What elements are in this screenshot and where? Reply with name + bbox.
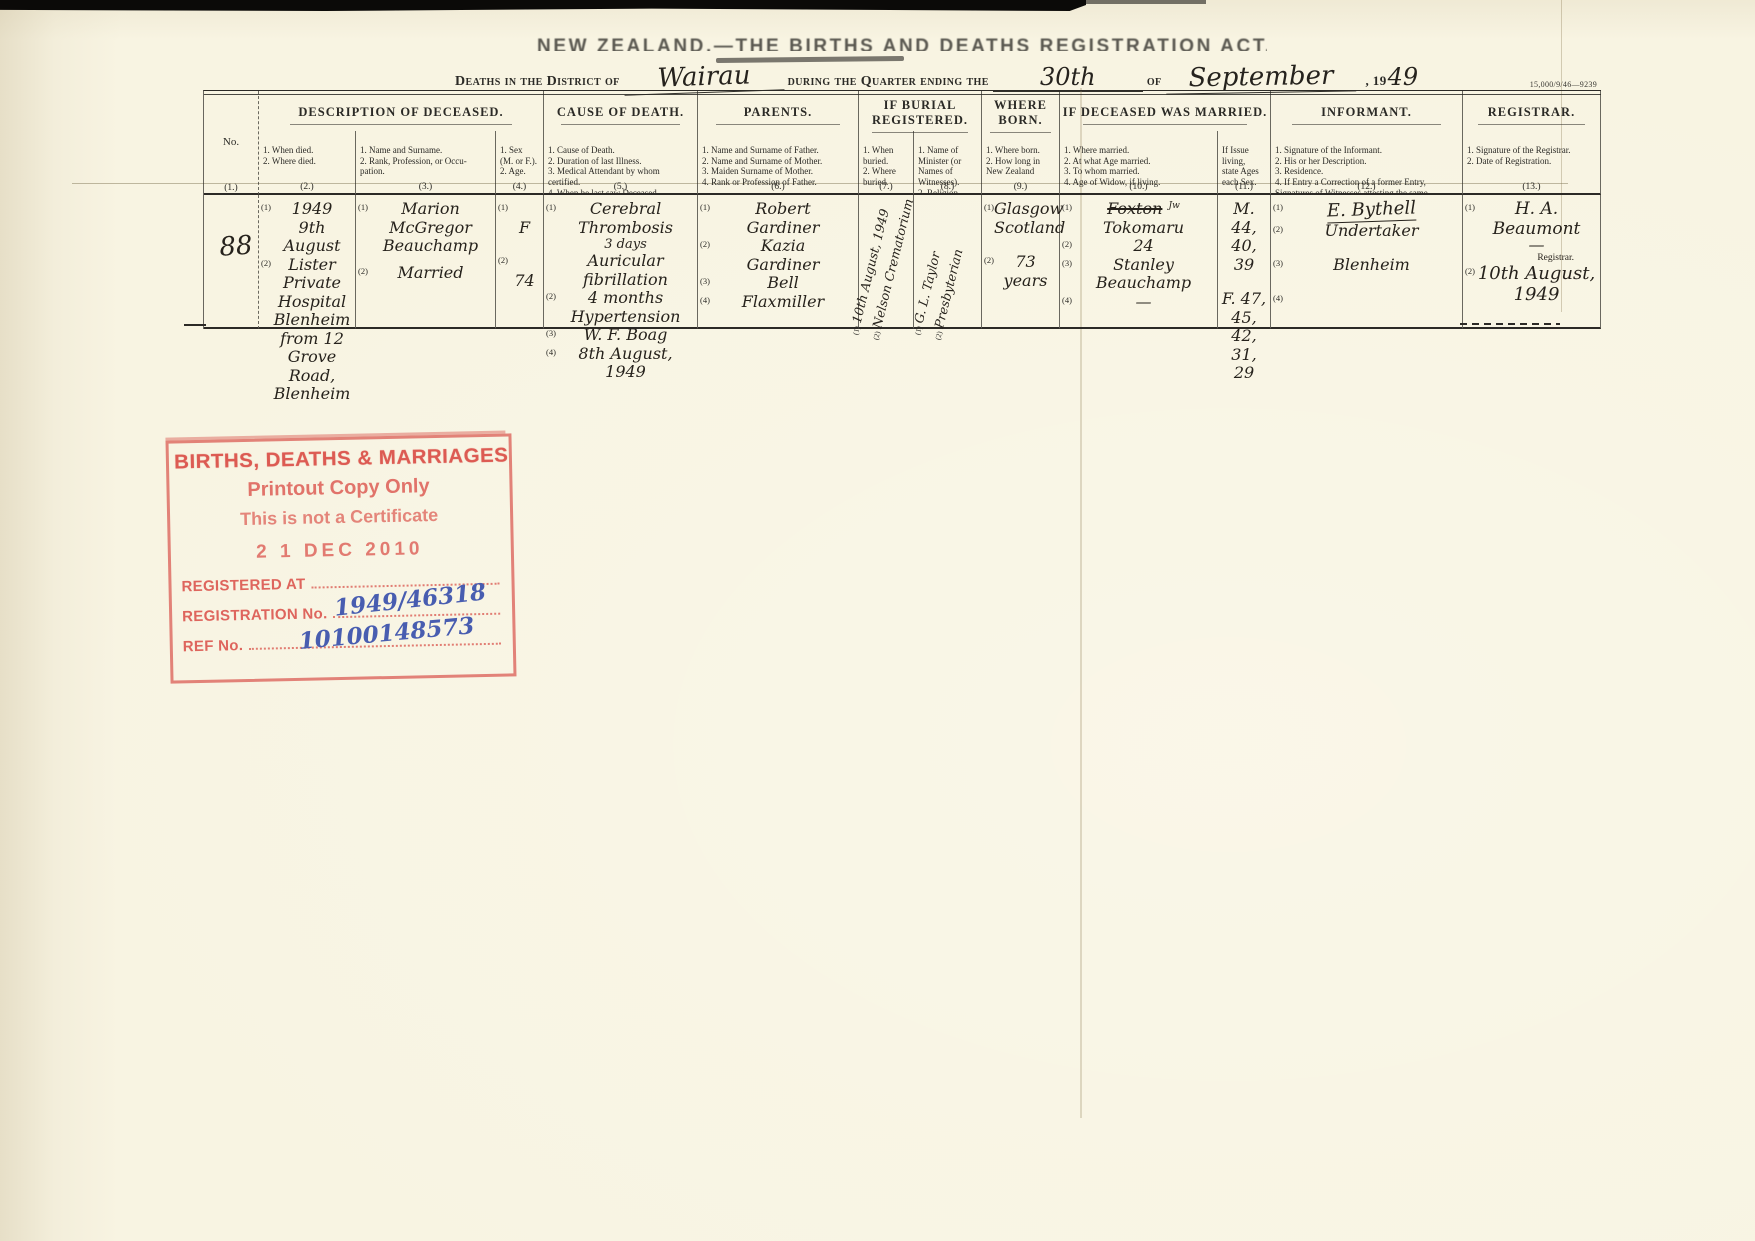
informant-cell: (1)E. Bythell(2)Undertaker(3)Blenheim(4) bbox=[1271, 195, 1463, 329]
burial-cell: (1)10th August, 1949(2)Nelson Crematoriu… bbox=[859, 195, 914, 329]
married-entry: Tokomaru(2)24(3)StanleyBeauchamp(4)— bbox=[1060, 219, 1217, 312]
year-printed: , 19 bbox=[1366, 73, 1387, 89]
group-registrar: REGISTRAR. bbox=[1463, 91, 1601, 131]
of-label: of bbox=[1147, 74, 1162, 90]
minister-entry-rotated: (1)G. L. Taylor(2)Presbyterian bbox=[908, 179, 986, 342]
parents-cell: (1)RobertGardiner(2)KaziaGardiner(3)Bell… bbox=[698, 195, 859, 329]
bdm-office-stamp: BIRTHS, DEATHS & MARRIAGES Printout Copy… bbox=[165, 433, 516, 683]
header-issue-living: If Issue living, state Ages each Sex. (1… bbox=[1218, 131, 1271, 195]
form-print-code: 15,000/9/46—9239 bbox=[1462, 80, 1597, 89]
entry-number: 88 bbox=[203, 230, 259, 264]
where-born-cell: (1)GlasgowScotland(2)73years bbox=[982, 195, 1060, 329]
col-num-12: (12.) bbox=[1271, 182, 1462, 193]
issue-living-entry: M. 44,40, 39F. 47,45, 42,31, 29 bbox=[1218, 200, 1270, 383]
torn-paper-edge-right bbox=[1086, 0, 1206, 4]
issue-living-cell: M. 44,40, 39F. 47,45, 42,31, 29 bbox=[1218, 195, 1271, 329]
quarter-day-handwritten: 30th bbox=[993, 63, 1143, 92]
group-description-of-deceased: DESCRIPTION OF DECEASED. bbox=[259, 91, 544, 131]
where-born-entry: (1)GlasgowScotland(2)73years bbox=[982, 200, 1059, 290]
header-where-married: 1. Where married. 2. At what Age married… bbox=[1060, 131, 1218, 195]
header-sex-age: 1. Sex (M. or F.). 2. Age. (4.) bbox=[496, 131, 544, 195]
stamp-title: BIRTHS, DEATHS & MARRIAGES bbox=[174, 445, 502, 475]
parents-entry: (1)RobertGardiner(2)KaziaGardiner(3)Bell… bbox=[698, 200, 858, 311]
col-num-4: (4.) bbox=[496, 182, 543, 193]
stamp-date: 2 1 DEC 2010 bbox=[181, 537, 499, 566]
header-cause-of-death: 1. Cause of Death. 2. Duration of last I… bbox=[544, 131, 698, 195]
act-title: NEW ZEALAND.—THE BIRTHS AND DEATHS REGIS… bbox=[537, 37, 1267, 51]
when-where-died-cell: (1)19499th August(2)Lister PrivateHospit… bbox=[259, 195, 356, 329]
sex-age-cell: (1) F(2) 74 bbox=[496, 195, 544, 329]
year-handwritten: 49 bbox=[1388, 63, 1419, 91]
registrar-cell: (1)H. A. Beaumont—Registrar.(2)10th Augu… bbox=[1463, 195, 1601, 329]
entry-number-cell: 88 bbox=[204, 195, 259, 329]
header-name-surname: 1. Name and Surname. 2. Rank, Profession… bbox=[356, 131, 496, 195]
col-num-10: (10.) bbox=[1060, 182, 1217, 193]
col-num-2: (2.) bbox=[259, 182, 355, 193]
informant-entry: (1)E. Bythell(2)Undertaker(3)Blenheim(4) bbox=[1271, 200, 1462, 310]
col-num-6: (6.) bbox=[698, 182, 858, 193]
header-where-born: 1. Where born. 2. How long in New Zealan… bbox=[982, 131, 1060, 195]
col-num-5: (5.) bbox=[544, 182, 697, 193]
header-informant: 1. Signature of the Informant. 2. His or… bbox=[1271, 131, 1463, 195]
stamp-not-certificate: This is not a Certificate bbox=[180, 504, 498, 532]
deaths-label: Deaths in the District of bbox=[455, 74, 620, 90]
col-num-11: (11.) bbox=[1218, 182, 1270, 193]
group-parents: PARENTS. bbox=[698, 91, 859, 131]
when-where-died-entry: (1)19499th August(2)Lister PrivateHospit… bbox=[259, 200, 355, 404]
district-line: Deaths in the District of Wairau during … bbox=[455, 62, 1418, 93]
cause-of-death-entry: (1)CerebralThrombosis3 daysAuricular fib… bbox=[544, 200, 697, 382]
header-parents: 1. Name and Surname of Father. 2. Name a… bbox=[698, 131, 859, 195]
struck-out-word: Foxton bbox=[1107, 199, 1162, 218]
act-title-text: NEW ZEALAND.—THE BIRTHS AND DEATHS REGIS… bbox=[537, 37, 1267, 51]
sex-age-entry: (1) F(2) 74 bbox=[496, 200, 543, 290]
col-num-3: (3.) bbox=[356, 182, 495, 193]
col-num-9: (9.) bbox=[982, 182, 1059, 193]
header-when-where-died: 1. When died. 2. Where died. (2.) bbox=[259, 131, 356, 195]
name-surname-cell: (1)MarionMcGregorBeauchamp(2)Married bbox=[356, 195, 496, 329]
stamp-printout-copy: Printout Copy Only bbox=[179, 474, 497, 504]
cause-of-death-cell: (1)CerebralThrombosis3 daysAuricular fib… bbox=[544, 195, 698, 329]
group-if-burial-registered: IF BURIAL REGISTERED. bbox=[859, 91, 982, 131]
group-cause-of-death: CAUSE OF DEATH. bbox=[544, 91, 698, 131]
group-informant: INFORMANT. bbox=[1271, 91, 1463, 131]
quarter-label: during the Quarter ending the bbox=[788, 74, 989, 90]
group-where-born: WHERE BORN. bbox=[982, 91, 1060, 131]
header-registrar: 1. Signature of the Registrar. 2. Date o… bbox=[1463, 131, 1601, 195]
no-label: No. bbox=[223, 136, 239, 148]
death-register-scan: NEW ZEALAND.—THE BIRTHS AND DEATHS REGIS… bbox=[0, 0, 1755, 1241]
header-no: No. (1.) bbox=[204, 91, 259, 195]
married-cell: (1) Foxton Jw Tokomaru(2)24(3)StanleyBea… bbox=[1060, 195, 1218, 329]
correction-initials: Jw bbox=[1169, 201, 1180, 211]
married-where-line: (1) Foxton Jw bbox=[1060, 200, 1217, 219]
registrar-entry: (1)H. A. Beaumont—Registrar.(2)10th Augu… bbox=[1463, 200, 1600, 305]
col-num-1: (1.) bbox=[204, 183, 258, 193]
name-surname-entry: (1)MarionMcGregorBeauchamp(2)Married bbox=[356, 200, 495, 282]
register-table: No. (1.) DESCRIPTION OF DECEASED. CAUSE … bbox=[203, 90, 1601, 329]
minister-cell: (1)G. L. Taylor(2)Presbyterian bbox=[914, 195, 982, 329]
group-if-deceased-was-married: IF DECEASED WAS MARRIED. bbox=[1060, 91, 1271, 131]
torn-paper-edge bbox=[0, 0, 1086, 11]
col-num-13: (13.) bbox=[1463, 182, 1600, 193]
